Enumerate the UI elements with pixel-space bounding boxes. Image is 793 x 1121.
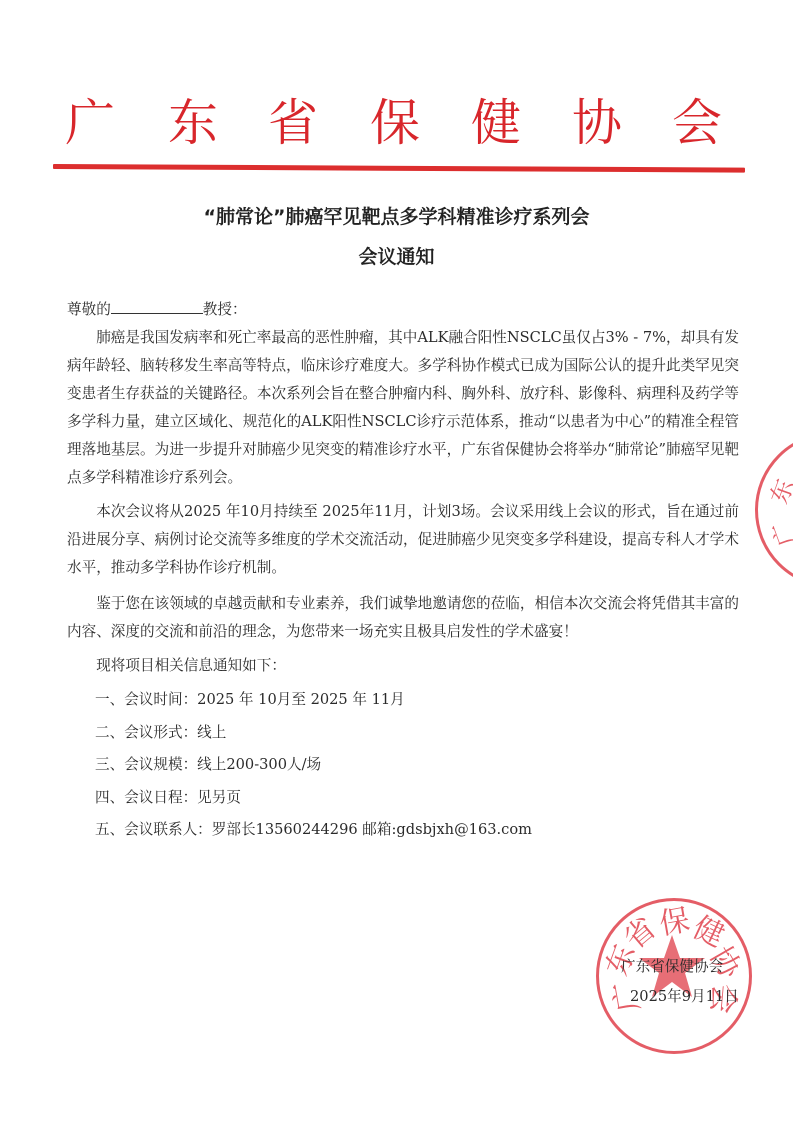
- letterhead-char: 健: [471, 88, 521, 158]
- paragraph-invitation: 鉴于您在该领域的卓越贡献和专业素养，我们诚挚地邀请您的莅临，相信本次交流会将凭借…: [67, 590, 739, 646]
- detail-item-format: 二、会议形式：线上: [67, 717, 739, 750]
- letterhead-char: 广: [65, 88, 115, 158]
- edge-seal-char: 广: [761, 517, 793, 552]
- paragraph-background: 肺癌是我国发病率和死亡率最高的恶性肿瘤，其中ALK融合阳性NSCLC虽仅占3% …: [67, 324, 739, 492]
- salutation-suffix: 教授：: [203, 301, 247, 318]
- edge-seal-stamp: 东 广: [755, 432, 793, 588]
- signature-org: 广东省保健协会: [621, 955, 723, 976]
- salutation-prefix: 尊敬的: [67, 301, 111, 318]
- meeting-details-list: 一、会议时间：2025 年 10月至 2025 年 11月 二、会议形式：线上 …: [67, 684, 739, 847]
- detail-item-time: 一、会议时间：2025 年 10月至 2025 年 11月: [67, 684, 739, 717]
- document-title: “肺常论”肺癌罕见靶点多学科精准诊疗系列会: [0, 202, 793, 229]
- document-subtitle: 会议通知: [0, 242, 793, 269]
- recipient-name-blank: [111, 299, 203, 314]
- letterhead-char: 会: [672, 88, 722, 158]
- edge-seal-char: 东: [759, 473, 793, 508]
- document-body: 尊敬的教授： 肺癌是我国发病率和死亡率最高的恶性肿瘤，其中ALK融合阳性NSCL…: [67, 296, 739, 847]
- letterhead-char: 省: [268, 88, 318, 158]
- letterhead-char: 协: [572, 88, 622, 158]
- signature-date: 2025年9月11日: [630, 985, 739, 1006]
- detail-item-contact: 五、会议联系人：罗部长13560244296 邮箱:gdsbjxh@163.co…: [67, 814, 739, 847]
- letterhead-char: 东: [168, 88, 218, 158]
- paragraph-notice-intro: 现将项目相关信息通知如下：: [67, 652, 739, 680]
- letterhead-divider: [53, 164, 745, 173]
- official-seal-stamp: 广 东 省 保 健 协 会: [596, 898, 752, 1054]
- salutation: 尊敬的教授：: [67, 296, 739, 324]
- detail-item-agenda: 四、会议日程：见另页: [67, 782, 739, 815]
- letterhead-char: 保: [370, 88, 420, 158]
- letterhead: 广 东 省 保 健 协 会: [0, 88, 793, 158]
- detail-item-scale: 三、会议规模：线上200-300人/场: [67, 749, 739, 782]
- paragraph-schedule: 本次会议将从2025 年10月持续至 2025年11月，计划3场。会议采用线上会…: [67, 498, 739, 582]
